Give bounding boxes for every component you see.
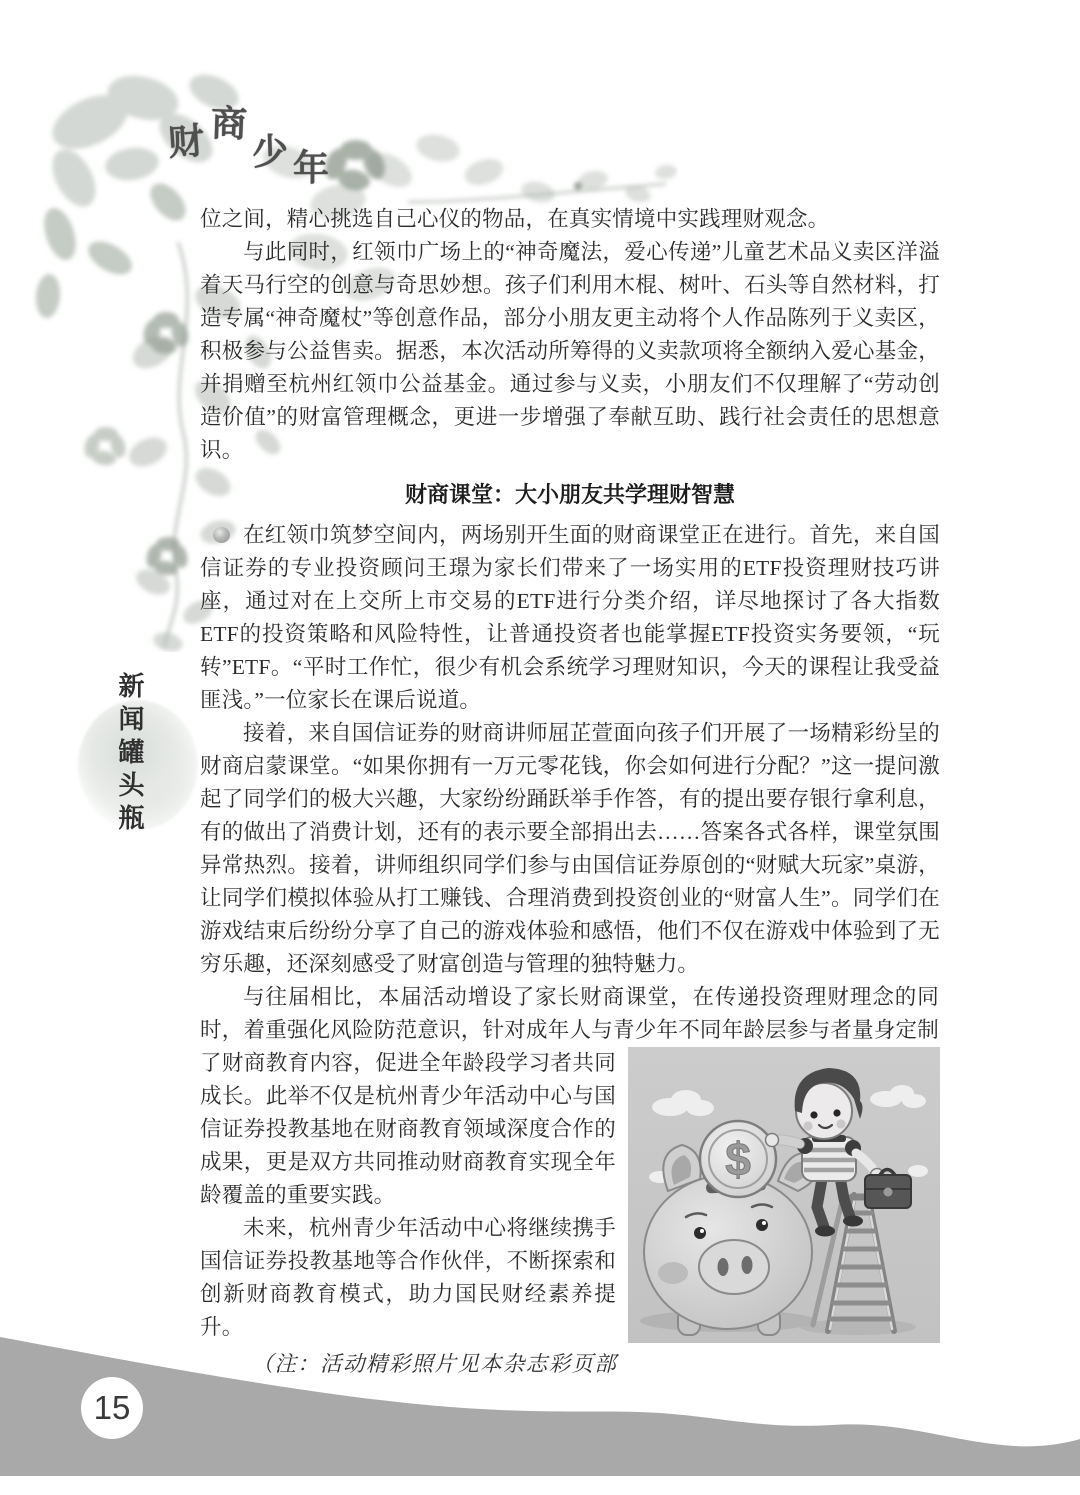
page-number: 15	[94, 1389, 131, 1427]
float-spacer	[939, 981, 940, 1047]
briefcase-icon	[865, 1170, 911, 1209]
masthead-title: 财 商 少 年	[0, 0, 460, 220]
svg-text:$: $	[725, 1133, 751, 1185]
column-label: 新闻罐头瓶	[112, 672, 149, 837]
paragraph: 接着，来自国信证券的财商讲师屈芷萱面向孩子们开展了一场精彩纷呈的财商启蒙课堂。“…	[200, 717, 940, 981]
magazine-page: 财 商 少 年 新闻罐头瓶 位之间，精心挑选自己心仪的物品，在真实情境中实践理财…	[0, 0, 1080, 1495]
section-heading: 财商课堂：大小朋友共学理财智慧	[200, 479, 940, 511]
paragraph: 位之间，精心挑选自己心仪的物品，在真实情境中实践理财观念。	[200, 203, 940, 236]
masthead-char: 少	[251, 123, 289, 175]
paragraph: 与此同时，红领巾广场上的“神奇魔法，爱心传递”儿童艺术品义卖区洋溢着天马行空的创…	[200, 236, 940, 467]
page-number-badge: 15	[81, 1377, 143, 1439]
dollar-coin-icon: $	[700, 1121, 776, 1197]
pebble-bullet-icon	[213, 527, 230, 543]
paragraph: 在红领巾筑梦空间内，两场别开生面的财商课堂正在进行。首先，来自国信证券的专业投资…	[200, 519, 940, 717]
paragraph-text: 在红领巾筑梦空间内，两场别开生面的财商课堂正在进行。首先，来自国信证券的专业投资…	[200, 523, 940, 712]
masthead-char: 财	[166, 113, 205, 166]
piggy-bank-illustration: $	[628, 1047, 940, 1343]
article-body: 位之间，精心挑选自己心仪的物品，在真实情境中实践理财观念。 与此同时，红领巾广场…	[200, 203, 940, 1414]
footer-wave	[0, 1325, 1080, 1495]
masthead-char: 商	[210, 95, 248, 147]
masthead-char: 年	[293, 140, 329, 191]
